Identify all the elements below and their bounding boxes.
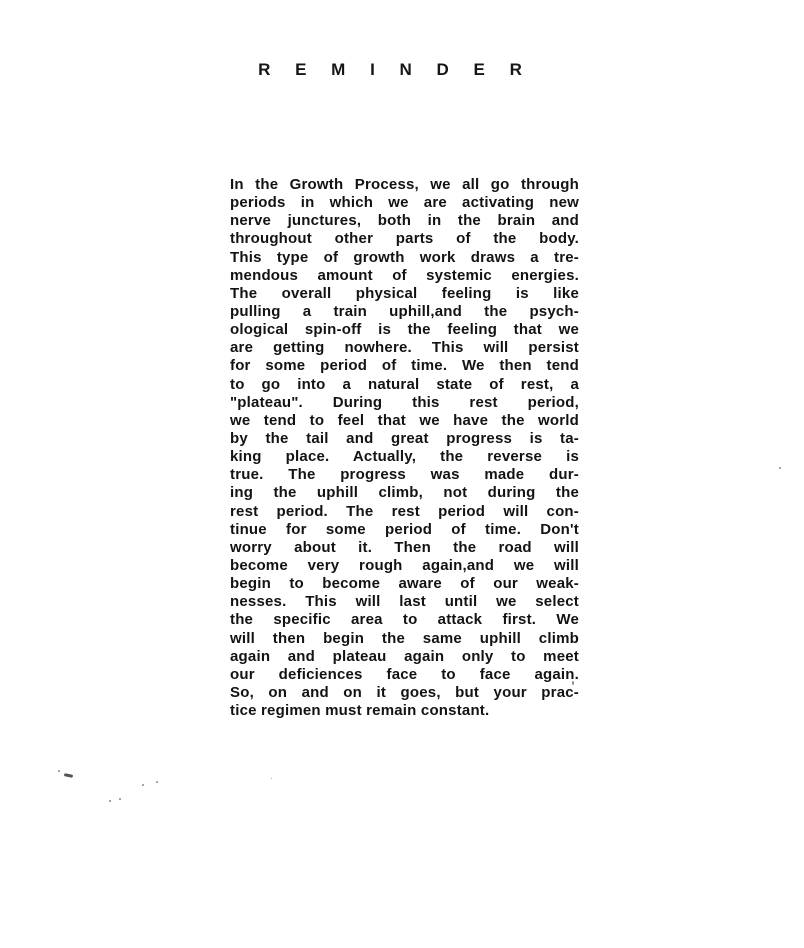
text-line: tice regimen must remain constant. — [230, 702, 579, 720]
text-line: are getting nowhere. This will persist — [230, 339, 579, 357]
scan-artifact — [271, 778, 272, 779]
text-line: worry about it. Then the road will — [230, 539, 579, 557]
text-line: the specific area to attack first. We — [230, 611, 579, 629]
text-line: king place. Actually, the reverse is — [230, 448, 579, 466]
scan-artifact — [58, 770, 60, 772]
text-line: will then begin the same uphill climb — [230, 630, 579, 648]
text-line: So, on and on it goes, but your prac- — [230, 684, 579, 702]
text-line: ing the uphill climb, not during the — [230, 484, 579, 502]
text-line: begin to become aware of our weak- — [230, 575, 579, 593]
text-line: The overall physical feeling is like — [230, 285, 579, 303]
scan-artifact — [109, 800, 111, 802]
scan-artifact — [779, 467, 781, 469]
text-line: by the tail and great progress is ta- — [230, 430, 579, 448]
text-line: our deficiences face to face again. — [230, 666, 579, 684]
text-line: tinue for some period of time. Don't — [230, 521, 579, 539]
text-line: nesses. This will last until we select — [230, 593, 579, 611]
page-title: R E M I N D E R — [0, 60, 790, 80]
text-line: again and plateau again only to meet — [230, 648, 579, 666]
document-page: R E M I N D E R In the Growth Process, w… — [0, 0, 804, 948]
text-line: In the Growth Process, we all go through — [230, 176, 579, 194]
text-line: rest period. The rest period will con- — [230, 503, 579, 521]
text-line: true. The progress was made dur- — [230, 466, 579, 484]
text-line: nerve junctures, both in the brain and — [230, 212, 579, 230]
text-line: become very rough again,and we will — [230, 557, 579, 575]
text-line: ological spin-off is the feeling that we — [230, 321, 579, 339]
text-line: This type of growth work draws a tre- — [230, 249, 579, 267]
text-line: to go into a natural state of rest, a — [230, 376, 579, 394]
scan-artifact — [156, 781, 158, 783]
text-line: we tend to feel that we have the world — [230, 412, 579, 430]
text-line: periods in which we are activating new — [230, 194, 579, 212]
text-line: throughout other parts of the body. — [230, 230, 579, 248]
scan-artifact — [142, 784, 144, 786]
text-line: for some period of time. We then tend — [230, 357, 579, 375]
text-line: "plateau". During this rest period, — [230, 394, 579, 412]
paragraph: In the Growth Process, we all go through… — [230, 176, 579, 720]
text-line: pulling a train uphill,and the psych- — [230, 303, 579, 321]
scan-artifact — [119, 798, 121, 800]
text-line: mendous amount of systemic energies. — [230, 267, 579, 285]
scan-artifact — [572, 681, 574, 685]
scan-artifact — [64, 773, 73, 778]
